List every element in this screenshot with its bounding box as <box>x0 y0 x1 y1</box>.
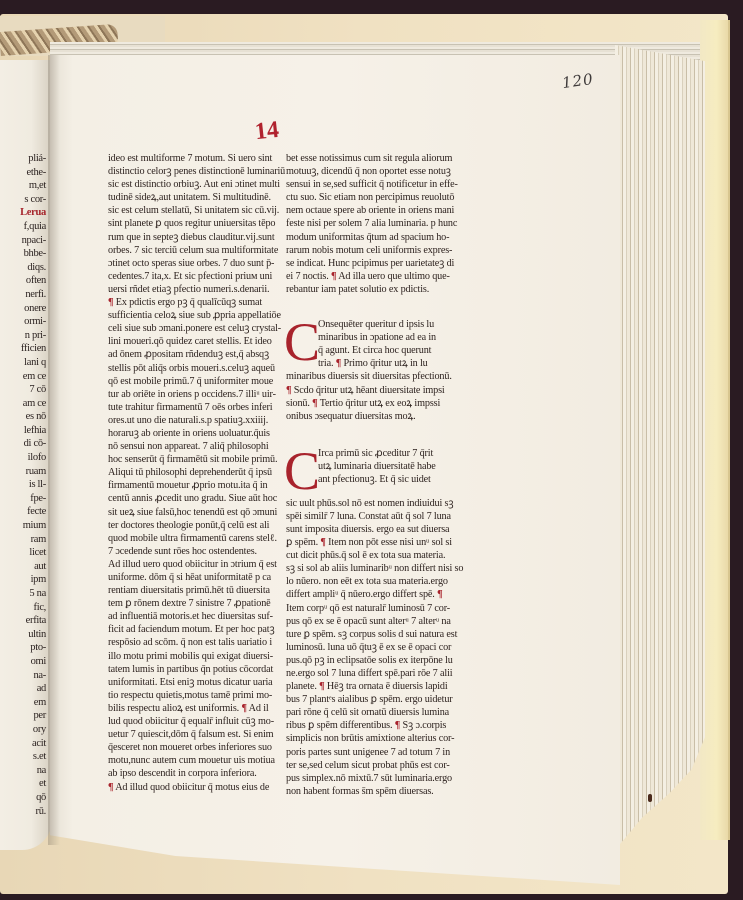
text-line: sic est celum stellatū, Si unitatem sic … <box>108 204 278 217</box>
text-line: pus simplex.nō mixtū.7 sūt luminaria.erg… <box>286 772 461 785</box>
fragment-line: ethe- <box>20 166 46 180</box>
text-line: ideo est multiforme 7 motum. Si uero sin… <box>108 152 278 165</box>
fragment-line: ultin <box>20 628 46 642</box>
text-line: sint planete ꝑ quos regitur uniuersitas … <box>108 217 278 230</box>
text-line: tur ab oriēte in oriens p occidens.7 ill… <box>108 388 278 401</box>
text-line: illo motu primi mobilis qui exigat diuer… <box>108 650 278 663</box>
text-line: sufficientia celoꝝ siue sub ꝓpria appell… <box>108 309 278 322</box>
fragment-line: diqs. <box>20 261 46 275</box>
text-line: rebantur iam patet solutio ex pdictis. <box>286 283 461 296</box>
text-line: tio respectu quietis,motus tamē primi mo… <box>108 689 278 702</box>
left-page-text-fragments: pliá-ethe-m,ets cor-Leruaf,quianpaci-bhb… <box>20 152 46 818</box>
text-line: cedentes.7 ita,x. Et sic pfectioni priuм… <box>108 270 278 283</box>
text-line: pus.qō pꝫ in eclipsatōe solis ex iterpōn… <box>286 654 461 667</box>
fragment-line: npaci- <box>20 234 46 248</box>
text-line: luminosū. luna uō q̄tuꝫ ē ex se ē opaci … <box>286 641 461 654</box>
text-line: uetur 7 quiescit,dōm q̄ falsum est. Si e… <box>108 728 278 741</box>
fragment-line: nerfi. <box>20 288 46 302</box>
text-line: bilis respectu alioꝝ est uniformis. ¶ Ad… <box>108 702 278 715</box>
fragment-line: 7 cō <box>20 383 46 397</box>
text-column-right: bet esse notissimus cum sit regula alior… <box>286 152 461 798</box>
text-line: ores.ut uno die naturali.s.p spatiuꝫ.xxi… <box>108 414 278 427</box>
text-line: orbes. 7 sic terciū celum sua multiformi… <box>108 244 278 257</box>
text-line: spēi similr̄ 7 luna. Constat aūt q̄ sol … <box>286 510 461 523</box>
ink-stain <box>648 794 652 802</box>
section-circa-primum: C Irca primū sic ꝓceditur 7 q̄ritutꝝ lum… <box>286 447 461 798</box>
text-line: tem ꝑ rōnem dextre 7 sinistre 7 ꝓpationē <box>108 597 278 610</box>
text-line: tute trahitur firmamentū 7 oēs orbes inf… <box>108 401 278 414</box>
text-line: minaribus diuersis sit diuersitas pfecti… <box>286 370 461 383</box>
text-line: differt ampliᵘ q̄ nūero.ergo differt spē… <box>286 588 461 601</box>
fragment-line: am ce <box>20 397 46 411</box>
fragment-line: ormi- <box>20 315 46 329</box>
text-line: q̄esceret non moueret orbes inferiores s… <box>108 741 278 754</box>
text-line: tudinē sideꝝ,aut unitatem. Si multitudin… <box>108 191 278 204</box>
fragment-line: fficien <box>20 342 46 356</box>
text-line: centū annis ꝓcedit uno gradu. Siue aūt h… <box>108 492 278 505</box>
text-line: motu,nunc autem cum mouetur uis motiua <box>108 754 278 767</box>
text-line: nō sensui non appareat. 7 aliq̄ philosop… <box>108 440 278 453</box>
text-line: ¶ Ad illud quod obiicitur q̄ motus eius … <box>108 781 278 794</box>
fragment-line: rū. <box>20 805 46 819</box>
fragment-line: et <box>20 777 46 791</box>
text-line: Item corpᵘ qō est naturalr̄ luminosū 7 c… <box>286 602 461 615</box>
text-line: poris partes sunt unigenee 7 ad totum 7 … <box>286 746 461 759</box>
text-line: lud quod obiicitur q̄ equalr̄ influit cū… <box>108 715 278 728</box>
fragment-line: often <box>20 274 46 288</box>
text-line: cut dicit phūs.q̄ sol ē ex tota sua mate… <box>286 549 461 562</box>
text-line: ture ꝑ spēm. sꝫ corpus solis d sui natur… <box>286 628 461 641</box>
text-line: Aliqui tū philosophi deprehenderūt q̄ ip… <box>108 466 278 479</box>
fragment-line: di cō- <box>20 437 46 451</box>
text-line: ne.ergo sol 7 luna differt spē.pari rōe … <box>286 667 461 680</box>
text-line: sic uult phūs.sol nō est nomen indiuidui… <box>286 497 461 510</box>
text-line: se indicat. Hunc pcipimus per uarietateꝫ… <box>286 257 461 270</box>
text-line: sit ueꝝ siue falsū,hoc tenendū est qō ɔm… <box>108 506 278 519</box>
fragment-line: ipm <box>20 573 46 587</box>
fragment-line: mium <box>20 519 46 533</box>
fragment-line: is ll- <box>20 478 46 492</box>
text-line: ad ōnem ꝓpositam rñdenduꝫ est,q̄ absqꝫ <box>108 348 278 361</box>
fragment-line: na <box>20 764 46 778</box>
fragment-line: es nō <box>20 410 46 424</box>
text-line: rarum nobis motum celi uniformis expres- <box>286 244 461 257</box>
fragment-line: f,quia <box>20 220 46 234</box>
text-line: ribus ꝑ spēm differentibus. ¶ Sꝫ ɔ.corpi… <box>286 719 461 732</box>
text-line: celi siue sub ɔmani.ponere est celuꝫ cry… <box>108 322 278 335</box>
text-line: horaruꝫ ab oriente in oriens uoluatur.q̄… <box>108 427 278 440</box>
fragment-line: em <box>20 696 46 710</box>
text-line: rentiam diuersitatis primū.hēt tū diuers… <box>108 584 278 597</box>
fragment-line: lefhia <box>20 424 46 438</box>
fragment-line: licet <box>20 546 46 560</box>
text-line: onibus ɔsequatur diuersitas moꝝ. <box>286 410 461 423</box>
fragment-line: m,et <box>20 179 46 193</box>
text-line: lo nūero. non eēt ex tota sua materia.er… <box>286 575 461 588</box>
text-line: rum que in septeꝫ diebus clauditur.vij.s… <box>108 231 278 244</box>
text-line: ab ipso descendit in corpora inferiora. <box>108 767 278 780</box>
fragment-line: acit <box>20 737 46 751</box>
text-line: sensui in se,sed sufficit q̄ notificetur… <box>286 178 461 191</box>
text-line: ¶ Ex pdictis ergo pꝫ q̄ qualīcūqꝫ sumat <box>108 296 278 309</box>
text-line: uniformitati. Etsi eniꝫ motus dicatur ua… <box>108 676 278 689</box>
text-line: uniforme. dōm q̄ si hēat uniformitatē p … <box>108 571 278 584</box>
fragment-line: Lerua <box>20 206 46 220</box>
fragment-line: ruam <box>20 465 46 479</box>
text-line: tatem lumis in partibus q̄n potius cōcor… <box>108 663 278 676</box>
text-line: bus 7 plantᵉs aialibus ꝑ spēm. ergo uide… <box>286 693 461 706</box>
fragment-line: erfita <box>20 614 46 628</box>
right-top-block: bet esse notissimus cum sit regula alior… <box>286 152 461 296</box>
gutter-shadow <box>48 55 60 845</box>
book-spread: pliá-ethe-m,ets cor-Leruaf,quianpaci-bhb… <box>0 0 743 900</box>
left-page: pliá-ethe-m,ets cor-Leruaf,quianpaci-bhb… <box>0 60 52 850</box>
text-line: feste nisi per solem 7 alia luminaria. p… <box>286 217 461 230</box>
text-line: non habent formas s̄m spēm diuersas. <box>286 785 461 798</box>
text-line: pus qō ex se ē opacū sunt alterᵘ 7 alter… <box>286 615 461 628</box>
fragment-line: em ce <box>20 370 46 384</box>
section3-lines: sic uult phūs.sol nō est nomen indiuidui… <box>286 497 461 798</box>
fragment-line: omi <box>20 655 46 669</box>
text-line: sunt imposita diuersis. ergo ea sut diue… <box>286 523 461 536</box>
text-line: ficit ad faciendum motum. Et per hoc pat… <box>108 623 278 636</box>
fragment-line: na- <box>20 669 46 683</box>
fragment-line: aut <box>20 560 46 574</box>
text-line: bet esse notissimus cum sit regula alior… <box>286 152 461 165</box>
fragment-line: ory <box>20 723 46 737</box>
text-line: stellis pōt aliq̄s orbis moueri.s.celuꝫ … <box>108 362 278 375</box>
fragment-line: fpe- <box>20 492 46 506</box>
fragment-line: pliá- <box>20 152 46 166</box>
text-line: sꝫ si sol ab aliis luminaribᵘ non differ… <box>286 562 461 575</box>
text-line: hoc senserūt q̄ firmamētū sit mobile pri… <box>108 453 278 466</box>
fragment-line: ram <box>20 533 46 547</box>
section2-lines: minaribus diuersis sit diuersitas pfecti… <box>286 370 461 422</box>
fragment-line: ad <box>20 682 46 696</box>
text-column-left: ideo est multiforme 7 motum. Si uero sin… <box>108 152 278 794</box>
fragment-line: pto- <box>20 641 46 655</box>
text-line: ter se,sed celum sicut probat phūs est c… <box>286 759 461 772</box>
text-line: planete. ¶ Hēꝫ tra ornata ē diuersis lap… <box>286 680 461 693</box>
fragment-line: ilofo <box>20 451 46 465</box>
text-line: motuuꝫ, dicendū q̄ non oportet esse notu… <box>286 165 461 178</box>
text-line: ctu suo. Sic etiam non percipimus reuolu… <box>286 191 461 204</box>
text-line: respōsio ad scōm. q̄ non est talis uaria… <box>108 636 278 649</box>
text-line: uersi rñdet etiaꝫ pfectio numeri.s.denar… <box>108 283 278 296</box>
text-line: sic est distinctio orbiuꝫ. Aut eni ɔtine… <box>108 178 278 191</box>
fragment-line: s cor- <box>20 193 46 207</box>
fragment-line: fic, <box>20 601 46 615</box>
text-line: 7 ɔcedende sunt rōes hoc ostendentes. <box>108 545 278 558</box>
page-block-fore-edge <box>615 45 705 850</box>
fragment-line: bhbe- <box>20 247 46 261</box>
text-line: Ad illud uero quod obiicitur in ɔtrium q… <box>108 558 278 571</box>
text-line: distinctio celorꝫ penes distinctionē lum… <box>108 165 278 178</box>
fragment-line: s.et <box>20 750 46 764</box>
text-line: ꝑ spēm. ¶ Item non pōt esse nisi unᵘ sol… <box>286 536 461 549</box>
section-consequenter: C Onsequēter queritur d ipsis luminaribu… <box>286 318 461 423</box>
text-line: ¶ Scdo q̄ritur utꝝ hēant diuersitate imp… <box>286 384 461 397</box>
text-line: qō est mobile primū.7 q̄ uniformiter mou… <box>108 375 278 388</box>
rubricated-initial: C <box>284 449 314 497</box>
text-line: modum uniformitas q̄tum ad spacium ho- <box>286 231 461 244</box>
text-line: nem octaue spere ab oriente in oriens ma… <box>286 204 461 217</box>
text-line: ɔtinet octo speras siue orbes. 7 duo sun… <box>108 257 278 270</box>
fragment-line: 5 na <box>20 587 46 601</box>
text-line: sionū. ¶ Tertio q̄ritur utꝝ ex eoꝝ impss… <box>286 397 461 410</box>
fragment-line: lani q <box>20 356 46 370</box>
fragment-line: qō <box>20 791 46 805</box>
fragment-line: n pri- <box>20 329 46 343</box>
text-line: firmamentū mouetur ꝓprio motu.ita q̄ in <box>108 479 278 492</box>
fragment-line: per <box>20 709 46 723</box>
quire-mark: 14 <box>254 117 281 146</box>
text-line: ei 7 noctis. ¶ Ad illa uero que ultimo q… <box>286 270 461 283</box>
text-line: lini moueri.qō quidez caret stellis. Et … <box>108 335 278 348</box>
text-line: simplicis non brūtis amixtione alterius … <box>286 732 461 745</box>
text-line: ter doctores theologie ponūt,q̄ celū est… <box>108 519 278 532</box>
text-line: ad influentiā motoris.et hec diuersitas … <box>108 610 278 623</box>
text-line: pari rōne q̄ celū sit ornatū diuersis lu… <box>286 706 461 719</box>
fragment-line: onere <box>20 302 46 316</box>
text-line: quod mobile ultra firmamentū carens stel… <box>108 532 278 545</box>
rubricated-initial: C <box>284 320 314 368</box>
fragment-line: fecte <box>20 505 46 519</box>
